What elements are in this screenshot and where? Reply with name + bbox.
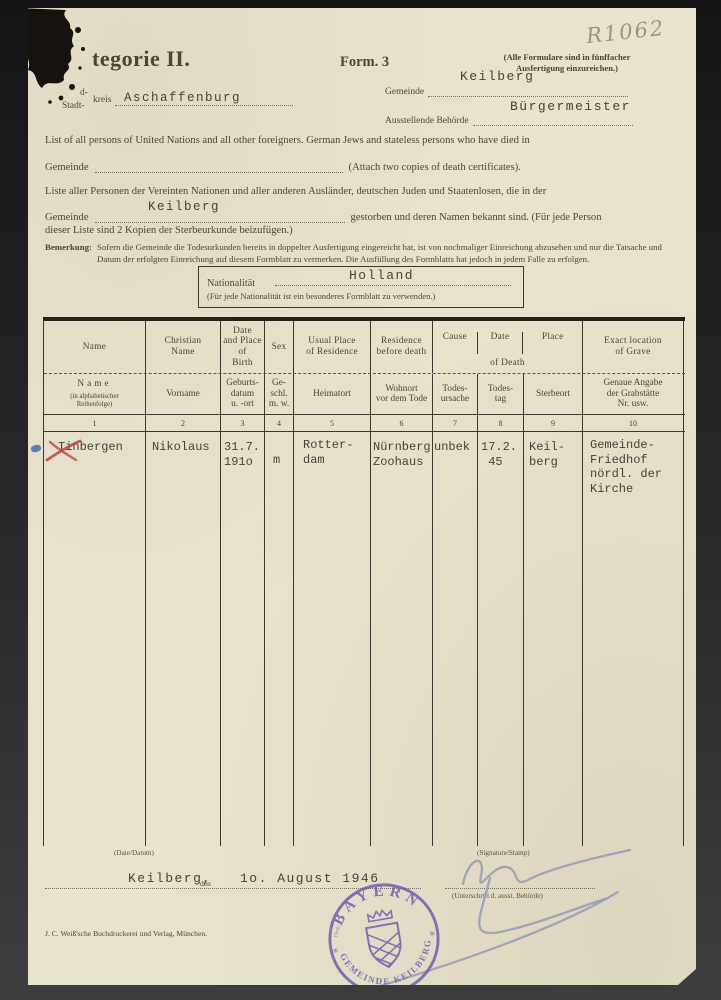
th-de-geburtsdatum: Geburts- datum u. -ort: [221, 374, 265, 414]
th-num-10: 10: [583, 415, 684, 431]
persons-table: Name Christian Name Date and Place of Bi…: [43, 317, 685, 846]
th-en-cause: Cause: [433, 332, 477, 343]
th-de-vorname: Vorname: [146, 374, 221, 414]
kreis-value: Aschaffenburg: [124, 91, 241, 105]
cell-grave: Gemeinde- Friedhof nördl. der Kirche: [583, 432, 684, 846]
stamp-lozenges: [352, 918, 427, 1000]
cell-residence: Rotter- dam: [294, 432, 371, 846]
table-header-english: Name Christian Name Date and Place of Bi…: [44, 321, 685, 374]
dotted-line: [473, 109, 633, 126]
th-en-sex: Sex: [265, 321, 294, 373]
th-en-birth: Date and Place of Birth: [221, 321, 265, 373]
value-death-date: 17.2. 45: [481, 440, 523, 469]
value-death-place: Keil- berg: [529, 440, 582, 469]
german-gemeinde-label: Gemeinde: [45, 212, 89, 223]
kreis-label-land: d-: [80, 88, 88, 98]
dotted-line: [275, 272, 511, 286]
dotted-line: [95, 156, 343, 173]
kreis-label-kreis: kreis: [93, 95, 111, 105]
table-header-german: Name (in alphabetischer Reihenfolge) Vor…: [44, 374, 685, 415]
th-en-death-group-top: Cause Date Place: [433, 332, 582, 354]
cell-name: Tinbergen: [44, 432, 146, 846]
pencil-annotation: R1062: [585, 16, 666, 48]
value-before-death: Nürnberg Zoohaus: [373, 440, 432, 469]
cell-cause: unbek: [433, 432, 478, 846]
table-header-numbers: 1 2 3 4 5 6 7 8 9 10: [44, 415, 685, 432]
th-de-geschlecht: Ge- schl. m. w.: [265, 374, 294, 414]
th-de-name-main: Name: [44, 379, 145, 389]
stamp-right-star: ✳: [428, 929, 436, 939]
german-intro-line2: Gemeinde gestorben und deren Namen bekan…: [45, 206, 683, 223]
th-de-heimatort: Heimatort: [294, 374, 371, 414]
dotted-line: [428, 80, 628, 97]
value-christian-name: Nikolaus: [152, 440, 220, 455]
cell-sex: m: [265, 432, 294, 846]
th-en-residence: Usual Place of Residence: [294, 321, 371, 373]
nationality-box: Nationalität Holland (Für jede Nationali…: [198, 266, 524, 308]
th-de-grabstaette: Genaue Angabe der Grabstätte Nr. usw.: [583, 374, 684, 414]
den-label: den: [200, 879, 211, 888]
th-num-9: 9: [524, 415, 583, 431]
th-num-1: 1: [44, 415, 146, 431]
cell-death-place: Keil- berg: [524, 432, 583, 846]
form-number: Form. 3: [340, 54, 389, 71]
nationality-label: Nationalität: [207, 278, 255, 289]
th-num-5: 5: [294, 415, 371, 431]
nationality-note: (Für jede Nationalität ist ein besondere…: [207, 291, 435, 301]
th-num-2: 2: [146, 415, 221, 431]
th-de-wohnort: Wohnort vor dem Tode: [371, 374, 433, 414]
remark-text: Sofern die Gemeinde die Todesurkunden be…: [97, 242, 687, 266]
th-num-8: 8: [478, 415, 524, 431]
scanned-document: tegorie II. Form. 3 (Alle Formulare sind…: [0, 0, 721, 1000]
printer-credit: J. C. Weiß'sche Buchdruckerei und Verlag…: [45, 929, 207, 938]
th-en-grave: Exact location of Grave: [583, 321, 684, 373]
th-num-7: 7: [433, 415, 478, 431]
th-de-name: Name (in alphabetischer Reihenfolge): [44, 374, 146, 414]
cell-death-date: 17.2. 45: [478, 432, 524, 846]
dotted-line: [95, 206, 345, 223]
value-residence: Rotter- dam: [303, 438, 370, 467]
date-label: (Date/Datum): [114, 849, 154, 857]
cell-christian-name: Nikolaus: [146, 432, 221, 846]
category-title: tegorie II.: [92, 46, 190, 72]
th-en-name: Name: [44, 321, 146, 373]
english-attach-note: (Attach two copies of death certificates…: [349, 162, 521, 173]
th-num-4: 4: [265, 415, 294, 431]
remark-block: Bemerkung: Sofern die Gemeinde die Todes…: [45, 242, 687, 266]
value-cause: unbek: [434, 440, 477, 455]
english-intro-line1: List of all persons of United Nations an…: [45, 135, 683, 146]
th-en-place: Place: [523, 332, 582, 343]
th-de-todestag: Todes- tag: [478, 374, 524, 414]
municipal-stamp: BAYERN GEMEINDE KEILBERG (Sieg. ✳ ✳: [316, 871, 453, 1000]
cell-birth: 31.7. 191o: [221, 432, 265, 846]
th-de-name-sub: (in alphabetischer Reihenfolge): [44, 393, 145, 409]
kreis-label-stadt: Stadt-: [62, 101, 85, 111]
th-de-todesursache: Todes- ursache: [433, 374, 478, 414]
value-grave: Gemeinde- Friedhof nördl. der Kirche: [590, 438, 683, 497]
english-intro-line2: Gemeinde (Attach two copies of death cer…: [45, 156, 683, 173]
value-sex: m: [273, 453, 293, 468]
th-en-before-death: Residence before death: [371, 321, 433, 373]
stamp-left-star: ✳: [332, 946, 340, 956]
th-de-sterbeort: Sterbeort: [524, 374, 583, 414]
document-page: tegorie II. Form. 3 (Alle Formulare sind…: [28, 8, 696, 985]
stamp-side-text: (Sieg.: [334, 925, 341, 937]
th-en-of-death: of Death: [433, 358, 582, 369]
behoerde-field: Ausstellende Behörde: [385, 109, 657, 126]
blue-margin-mark: [30, 444, 41, 453]
value-birth: 31.7. 191o: [224, 440, 264, 469]
table-row: Tinbergen Nikolaus 31.7. 191o m Rotter- …: [44, 432, 685, 846]
th-num-6: 6: [371, 415, 433, 431]
remark-label: Bemerkung:: [45, 242, 97, 266]
th-en-death-group: Cause Date Place of Death: [433, 321, 583, 373]
gemeinde-label: Gemeinde: [385, 87, 424, 97]
th-en-date: Date: [478, 332, 523, 343]
cell-before-death: Nürnberg Zoohaus: [371, 432, 433, 846]
german-intro-line3: dieser Liste sind 2 Kopien der Sterbeurk…: [45, 225, 683, 236]
th-num-3: 3: [221, 415, 265, 431]
english-gemeinde-label: Gemeinde: [45, 162, 89, 173]
red-cross-mark: [44, 438, 84, 464]
behoerde-label: Ausstellende Behörde: [385, 116, 469, 126]
th-en-christian-name: Christian Name: [146, 321, 221, 373]
gemeinde-field: Gemeinde: [385, 80, 647, 97]
german-intro-line1: Liste aller Personen der Vereinten Natio…: [45, 186, 683, 197]
copies-notice-line1: (Alle Formulare sind in fünffacher: [458, 52, 676, 63]
stamp-crown: [367, 909, 392, 922]
german-intro-line2-rest: gestorben und deren Namen bekannt sind. …: [351, 212, 602, 223]
